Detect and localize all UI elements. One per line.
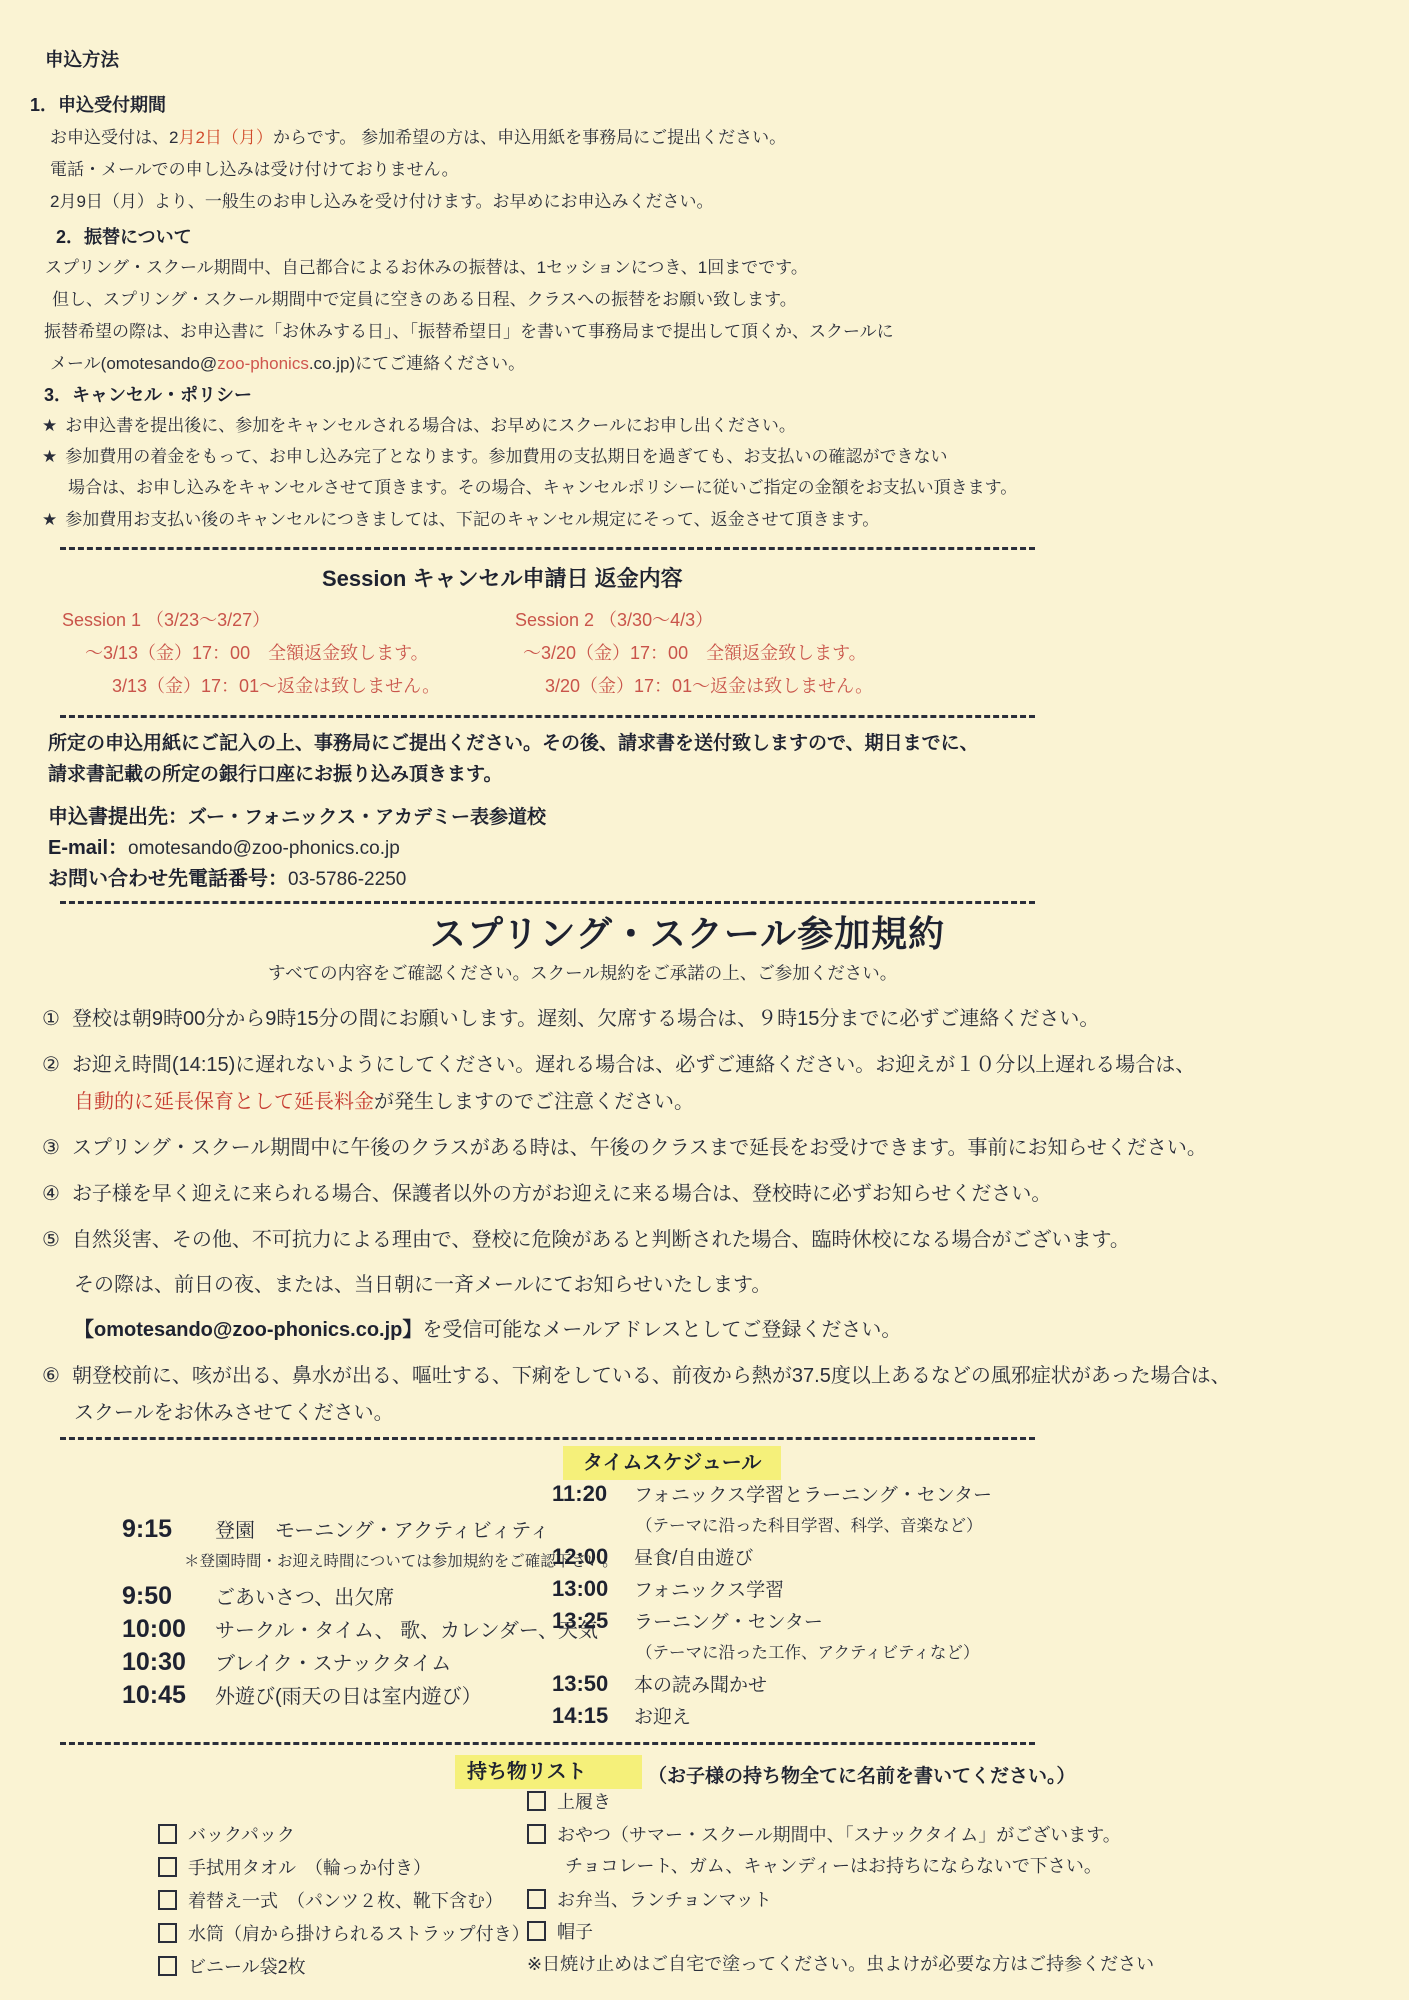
schedule-note: （テーマに沿った科目学習、科学、音楽など）	[552, 1512, 992, 1543]
checkbox-icon	[527, 1791, 546, 1811]
time-schedule-section: タイムスケジュール 9:15登園 モーニング・アクティビィティ ＊登園時間・お迎…	[0, 1440, 1409, 1730]
rule-item-2-cont: 自動的に延長保育として延長料金が発生しますのでご注意ください。	[74, 1087, 1409, 1118]
belongings-item-text: お弁当、ランチョンマット	[557, 1886, 772, 1912]
schedule-time: 12:00	[552, 1544, 634, 1570]
section-heading-cancel-policy: 3．キャンセル・ポリシー	[44, 380, 1409, 410]
belongings-footnote: ※日焼け止めはご自宅で塗ってください。虫よけが必要な方はご持参ください	[527, 1948, 1154, 1981]
schedule-activity: お迎え	[634, 1702, 691, 1729]
schedule-time: 9:15	[122, 1515, 215, 1544]
transfer-line-3: 振替希望の際は、お申込書に「お休みする日」、「振替希望日」を書いて事務局まで提出…	[44, 316, 1409, 348]
session2-column: Session 2 （3/30～4/3） ～3/20（金）17：00 全額返金致…	[515, 604, 873, 703]
rule-text: 登校は朝9時00分から9時15分の間にお願いします。遅刻、欠席する場合は、９時1…	[72, 1008, 1099, 1030]
payment-instruction-2: 請求書記載の所定の銀行口座にお振り込み頂きます。	[48, 759, 1409, 790]
session1-name: Session 1 （3/23～3/27）	[62, 604, 515, 637]
schedule-time: 13:25	[552, 1608, 634, 1634]
rule-item-3: ③スプリング・スクール期間中に午後のクラスがある時は、午後のクラスまで延長をお受…	[42, 1133, 1409, 1164]
schedule-time: 10:30	[122, 1648, 215, 1677]
cancel-policy-item-3: ★参加費用お支払い後のキャンセルにつきましては、下記のキャンセル規定にそって、返…	[42, 504, 1409, 535]
belongings-label: 持ち物リスト	[455, 1755, 642, 1789]
schedule-row: 10:30ブレイク・スナックタイム	[122, 1647, 618, 1680]
schedule-activity: 登園 モーニング・アクティビィティ	[215, 1514, 550, 1543]
rules-list: ①登校は朝9時00分から9時15分の間にお願いします。遅刻、欠席する場合は、９時…	[0, 1004, 1409, 1429]
checkbox-icon	[158, 1857, 177, 1877]
schedule-activity: フォニックス学習	[634, 1575, 784, 1602]
star-icon: ★	[42, 447, 57, 466]
schedule-row: 9:50ごあいさつ、出欠席	[122, 1581, 618, 1614]
section-heading-application-period: 1．申込受付期間	[30, 90, 1409, 120]
schedule-time: 10:00	[122, 1615, 215, 1644]
rule-item-5-cont-2: 【omotesando@zoo-phonics.co.jp】を受信可能なメールア…	[74, 1315, 1409, 1346]
rule-text: 朝登校前に、咳が出る、鼻水が出る、嘔吐する、下痢をしている、前夜から熱が37.5…	[72, 1365, 1231, 1387]
phone-value: 03-5786-2250	[288, 869, 406, 890]
schedule-note: ＊登園時間・お迎え時間については参加規約をご確認下さい。	[122, 1547, 618, 1581]
session2-full-refund: ～3/20（金）17：00 全額返金致します。	[515, 637, 873, 670]
rule-text: お迎え時間(14:15)に遅れないようにしてください。遅れる場合は、必ずご連絡く…	[72, 1054, 1195, 1076]
checkbox-icon	[158, 1956, 177, 1976]
cancel-policy-item-2-cont: 場合は、お申し込みをキャンセルさせて頂きます。その場合、キャンセルポリシーに従い…	[68, 472, 1409, 504]
schedule-time: 13:00	[552, 1576, 634, 1602]
star-icon: ★	[42, 416, 57, 435]
email-label: E-mail：	[48, 837, 128, 859]
session1-no-refund: 3/13（金）17：01～返金は致しません。	[62, 670, 515, 703]
belongings-item-continuation: チョコレート、ガム、キャンディーはお持ちにならないで下さい。	[527, 1850, 1154, 1883]
text-segment: メール(omotesando@	[50, 354, 217, 373]
belongings-item-text: ビニール袋2枚	[188, 1953, 306, 1979]
rule-number: ②	[42, 1054, 60, 1076]
text-segment: お申込書を提出後に、参加をキャンセルされる場合は、お早めにスクールにお申し出くだ…	[65, 416, 796, 435]
text-segment: お申込受付は、2	[50, 128, 178, 147]
belongings-item-text: 上履き	[557, 1788, 611, 1814]
rule-item-6-cont: スクールをお休みさせてください。	[74, 1398, 1409, 1429]
cancel-policy-item-1: ★お申込書を提出後に、参加をキャンセルされる場合は、お早めにスクールにお申し出く…	[42, 410, 1409, 441]
rule-number: ⑥	[42, 1365, 60, 1387]
schedule-row: 11:20フォニックス学習とラーニング・センター	[552, 1480, 992, 1512]
belongings-section: 持ち物リスト （お子様の持ち物全てに名前を書いてください。） バックパック 手拭…	[0, 1745, 1409, 1980]
belongings-item: おやつ（サマー・スクール期間中、「スナックタイム」がございます。	[527, 1818, 1154, 1851]
schedule-activity: 本の読み聞かせ	[634, 1670, 767, 1697]
text-segment: が発生しますのでご注意ください。	[374, 1091, 694, 1113]
belongings-item-text: 手拭用タオル （輪っか付き）	[188, 1854, 431, 1880]
checkbox-icon	[158, 1824, 177, 1844]
schedule-activity: 外遊び(雨天の日は室内遊び）	[215, 1680, 482, 1709]
belongings-item-text: バックパック	[188, 1821, 295, 1847]
rule-text: スプリング・スクール期間中に午後のクラスがある時は、午後のクラスまで延長をお受け…	[72, 1137, 1207, 1159]
dashed-divider	[60, 901, 1035, 904]
time-schedule-label: タイムスケジュール	[563, 1446, 781, 1480]
rule-number: ④	[42, 1183, 60, 1205]
email-value: omotesando@zoo-phonics.co.jp	[128, 838, 400, 859]
refund-section-title: Session キャンセル申請日 返金内容	[322, 564, 1409, 594]
flyer-page: 申込方法 1．申込受付期間 お申込受付は、2月2日（月）からです。 参加希望の方…	[0, 0, 1409, 2000]
checkbox-icon	[158, 1890, 177, 1910]
submit-destination-value: ズー・フォニックス・アカデミー表参道校	[188, 807, 546, 828]
schedule-afternoon-column: 11:20フォニックス学習とラーニング・センター （テーマに沿った科目学習、科学…	[552, 1480, 992, 1734]
rule-item-6: ⑥朝登校前に、咳が出る、鼻水が出る、嘔吐する、下痢をしている、前夜から熱が37.…	[42, 1361, 1409, 1392]
belongings-right-column: 上履き おやつ（サマー・スクール期間中、「スナックタイム」がございます。 チョコ…	[527, 1785, 1154, 1980]
rule-item-5-cont-1: その際は、前日の夜、または、当日朝に一斉メールにてお知らせいたします。	[74, 1270, 1409, 1301]
schedule-activity: ラーニング・センター	[634, 1607, 823, 1634]
submit-destination-label: 申込書提出先：	[48, 806, 188, 828]
page-title: 申込方法	[45, 46, 1409, 74]
schedule-row: 13:00フォニックス学習	[552, 1575, 992, 1607]
email-domain-highlight: zoo-phonics	[217, 354, 309, 373]
text-segment: .co.jp)にてご連絡ください。	[309, 354, 525, 373]
belongings-item: バックパック	[158, 1817, 530, 1850]
schedule-activity: ごあいさつ、出欠席	[215, 1581, 394, 1610]
rule-number: ①	[42, 1008, 60, 1030]
application-line-3: 2月9日（月）より、一般生のお申し込みを受け付けます。お早めにお申込みください。	[50, 186, 1409, 218]
rules-title: スプリング・スクール参加規約	[430, 912, 1409, 956]
rule-item-5: ⑤自然災害、その他、不可抗力による理由で、登校に危険があると判断された場合、臨時…	[42, 1225, 1409, 1256]
rule-item-4: ④お子様を早く迎えに来られる場合、保護者以外の方がお迎えに来る場合は、登校時に必…	[42, 1179, 1409, 1210]
transfer-line-4: メール(omotesando@zoo-phonics.co.jp)にてご連絡くだ…	[50, 348, 1409, 380]
schedule-time: 11:20	[552, 1481, 634, 1507]
section-heading-transfer: 2．振替について	[56, 222, 1409, 252]
belongings-item-text: おやつ（サマー・スクール期間中、「スナックタイム」がございます。	[557, 1821, 1121, 1847]
application-line-2: 電話・メールでの申し込みは受け付けておりません。	[50, 154, 1409, 186]
checkbox-icon	[158, 1923, 177, 1943]
text-segment: からです。 参加希望の方は、申込用紙を事務局にご提出ください。	[273, 128, 786, 147]
belongings-item: 着替え一式 （パンツ２枚、靴下含む）	[158, 1883, 530, 1916]
refund-columns: Session 1 （3/23～3/27） ～3/13（金）17：00 全額返金…	[0, 604, 1409, 703]
transfer-line-2: 但し、スプリング・スクール期間中で定員に空きのある日程、クラスへの振替をお願い致…	[52, 284, 1409, 316]
dashed-divider	[60, 715, 1035, 718]
belongings-note: （お子様の持ち物全てに名前を書いてください。）	[648, 1761, 1076, 1788]
belongings-item: ビニール袋2枚	[158, 1949, 530, 1982]
text-segment: を受信可能なメールアドレスとしてご登録ください。	[422, 1319, 901, 1341]
checkbox-icon	[527, 1921, 546, 1941]
rule-number: ③	[42, 1137, 60, 1159]
text-segment: 参加費用の着金をもって、お申し込み完了となります。参加費用の支払期日を過ぎても、…	[65, 447, 947, 466]
phone-line: お問い合わせ先電話番号：03-5786-2250	[48, 864, 1409, 895]
belongings-item: 上履き	[527, 1785, 1154, 1818]
belongings-item: 帽子	[527, 1915, 1154, 1948]
schedule-activity: ブレイク・スナックタイム	[215, 1647, 451, 1676]
checkbox-icon	[527, 1889, 546, 1909]
schedule-row: 13:25ラーニング・センター	[552, 1607, 992, 1639]
warning-highlight: 自動的に延長保育として延長料金	[74, 1091, 374, 1113]
schedule-row: 12:00昼食/自由遊び	[552, 1543, 992, 1575]
session2-name: Session 2 （3/30～4/3）	[515, 604, 873, 637]
checkbox-icon	[527, 1824, 546, 1844]
schedule-activity: フォニックス学習とラーニング・センター	[634, 1480, 992, 1507]
rule-item-2: ②お迎え時間(14:15)に遅れないようにしてください。遅れる場合は、必ずご連絡…	[42, 1050, 1409, 1081]
schedule-time: 13:50	[552, 1671, 634, 1697]
schedule-time: 14:15	[552, 1703, 634, 1729]
session2-no-refund: 3/20（金）17：01～返金は致しません。	[515, 670, 873, 703]
schedule-activity: サークル・タイム、 歌、カレンダー、天気	[215, 1614, 598, 1643]
text-segment: 参加費用お支払い後のキャンセルにつきましては、下記のキャンセル規定にそって、返金…	[65, 510, 879, 529]
star-icon: ★	[42, 510, 57, 529]
schedule-note: （テーマに沿った工作、アクティビティなど）	[552, 1639, 992, 1670]
schedule-row: 14:15お迎え	[552, 1702, 992, 1734]
payment-instruction-1: 所定の申込用紙にご記入の上、事務局にご提出ください。その後、請求書を送付致します…	[48, 728, 1409, 759]
phone-label: お問い合わせ先電話番号：	[48, 868, 288, 890]
belongings-left-column: バックパック 手拭用タオル （輪っか付き） 着替え一式 （パンツ２枚、靴下含む）…	[158, 1817, 530, 1982]
schedule-time: 10:45	[122, 1681, 215, 1710]
belongings-item-text: 水筒（肩から掛けられるストラップ付き）	[188, 1920, 530, 1946]
rule-text: 自然災害、その他、不可抗力による理由で、登校に危険があると判断された場合、臨時休…	[72, 1229, 1130, 1251]
date-highlight: 月2日（月）	[178, 128, 272, 147]
schedule-row: 10:00サークル・タイム、 歌、カレンダー、天気	[122, 1614, 618, 1647]
session1-column: Session 1 （3/23～3/27） ～3/13（金）17：00 全額返金…	[62, 604, 515, 703]
belongings-item: 水筒（肩から掛けられるストラップ付き）	[158, 1916, 530, 1949]
rule-text: お子様を早く迎えに来られる場合、保護者以外の方がお迎えに来る場合は、登校時に必ず…	[72, 1183, 1051, 1205]
cancel-policy-item-2: ★参加費用の着金をもって、お申し込み完了となります。参加費用の支払期日を過ぎても…	[42, 441, 1409, 472]
belongings-item-text: 帽子	[557, 1918, 593, 1944]
contact-block: 申込書提出先：ズー・フォニックス・アカデミー表参道校 E-mail：omotes…	[0, 802, 1409, 895]
session1-full-refund: ～3/13（金）17：00 全額返金致します。	[62, 637, 515, 670]
submit-destination-line: 申込書提出先：ズー・フォニックス・アカデミー表参道校	[48, 802, 1409, 833]
belongings-item: お弁当、ランチョンマット	[527, 1883, 1154, 1916]
belongings-item-text: 着替え一式 （パンツ２枚、靴下含む）	[188, 1887, 503, 1913]
transfer-line-1: スプリング・スクール期間中、自己都合によるお休みの振替は、1セッションにつき、1…	[45, 252, 1409, 284]
schedule-activity: 昼食/自由遊び	[634, 1543, 753, 1570]
rule-number: ⑤	[42, 1229, 60, 1251]
schedule-time: 9:50	[122, 1582, 215, 1611]
email-line: E-mail：omotesando@zoo-phonics.co.jp	[48, 833, 1409, 864]
schedule-morning-column: 9:15登園 モーニング・アクティビィティ ＊登園時間・お迎え時間については参加…	[122, 1514, 618, 1713]
schedule-row: 13:50本の読み聞かせ	[552, 1670, 992, 1702]
belongings-item: 手拭用タオル （輪っか付き）	[158, 1850, 530, 1883]
schedule-row: 10:45外遊び(雨天の日は室内遊び）	[122, 1680, 618, 1713]
email-emphasis: 【omotesando@zoo-phonics.co.jp】	[74, 1319, 422, 1341]
rules-subtitle: すべての内容をご確認ください。スクール規約をご承諾の上、ご参加ください。	[268, 958, 1409, 988]
rule-item-1: ①登校は朝9時00分から9時15分の間にお願いします。遅刻、欠席する場合は、９時…	[42, 1004, 1409, 1035]
application-line-1: お申込受付は、2月2日（月）からです。 参加希望の方は、申込用紙を事務局にご提出…	[50, 122, 1409, 154]
schedule-row: 9:15登園 モーニング・アクティビィティ	[122, 1514, 618, 1547]
dashed-divider	[60, 547, 1035, 550]
